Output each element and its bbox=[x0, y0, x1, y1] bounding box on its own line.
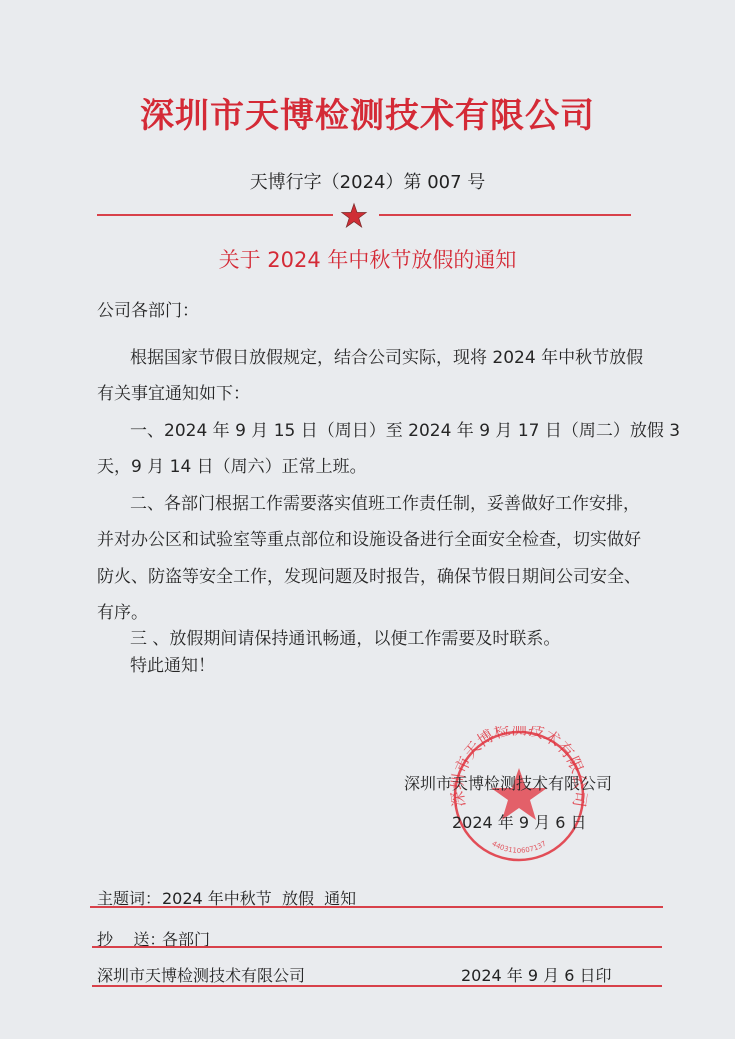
footer-rule-3 bbox=[92, 985, 662, 987]
paragraph-item-3: 三 、放假期间请保持通讯畅通，以便工作需要及时联系。 bbox=[130, 624, 560, 649]
footer-rule-2 bbox=[92, 946, 662, 948]
header-divider-right bbox=[379, 214, 631, 216]
paragraph-item-1-line-1: 一、2024 年 9 月 15 日（周日）至 2024 年 9 月 17 日（周… bbox=[130, 416, 680, 441]
notice-title: 关于 2024 年中秋节放假的通知 bbox=[0, 244, 735, 274]
document-number: 天博行字（2024）第 007 号 bbox=[0, 168, 735, 194]
paragraph-item-2-line-2: 并对办公区和试验室等重点部位和设施设备进行全面安全检查，切实做好 bbox=[97, 525, 641, 550]
svg-text:4403110607137: 4403110607137 bbox=[490, 840, 547, 855]
star-icon bbox=[340, 202, 368, 230]
company-header-title: 深圳市天博检测技术有限公司 bbox=[0, 88, 735, 137]
paragraph-item-2-line-3: 防火、防盗等安全工作，发现问题及时报告，确保节假日期间公司安全、 bbox=[97, 562, 641, 587]
paragraph-item-2-line-4: 有序。 bbox=[97, 598, 148, 623]
footer-print-date: 2024 年 9 月 6 日印 bbox=[461, 963, 612, 986]
header-divider-left bbox=[97, 214, 333, 216]
footer-rule-1 bbox=[90, 906, 663, 908]
signature-date: 2024 年 9 月 6 日 bbox=[452, 810, 587, 833]
paragraph-intro-line-1: 根据国家节假日放假规定，结合公司实际，现将 2024 年中秋节放假 bbox=[130, 343, 643, 368]
seal-code: 4403110607137 bbox=[490, 840, 547, 855]
closing-remark: 特此通知！ bbox=[130, 651, 215, 676]
paragraph-intro-line-2: 有关事宜通知如下： bbox=[97, 379, 250, 404]
footer-issuer: 深圳市天博检测技术有限公司 bbox=[97, 963, 305, 986]
document-page: 深圳市天博检测技术有限公司 天博行字（2024）第 007 号 关于 2024 … bbox=[0, 0, 735, 1039]
paragraph-item-2-line-1: 二、各部门根据工作需要落实值班工作责任制，妥善做好工作安排， bbox=[130, 489, 640, 514]
signature-company: 深圳市天博检测技术有限公司 bbox=[404, 771, 612, 794]
official-seal-icon: 深圳市天博检测技术有限公司 4403110607137 bbox=[444, 726, 594, 866]
salutation: 公司各部门： bbox=[97, 296, 199, 321]
paragraph-item-1-line-2: 天，9 月 14 日（周六）正常上班。 bbox=[97, 452, 367, 477]
